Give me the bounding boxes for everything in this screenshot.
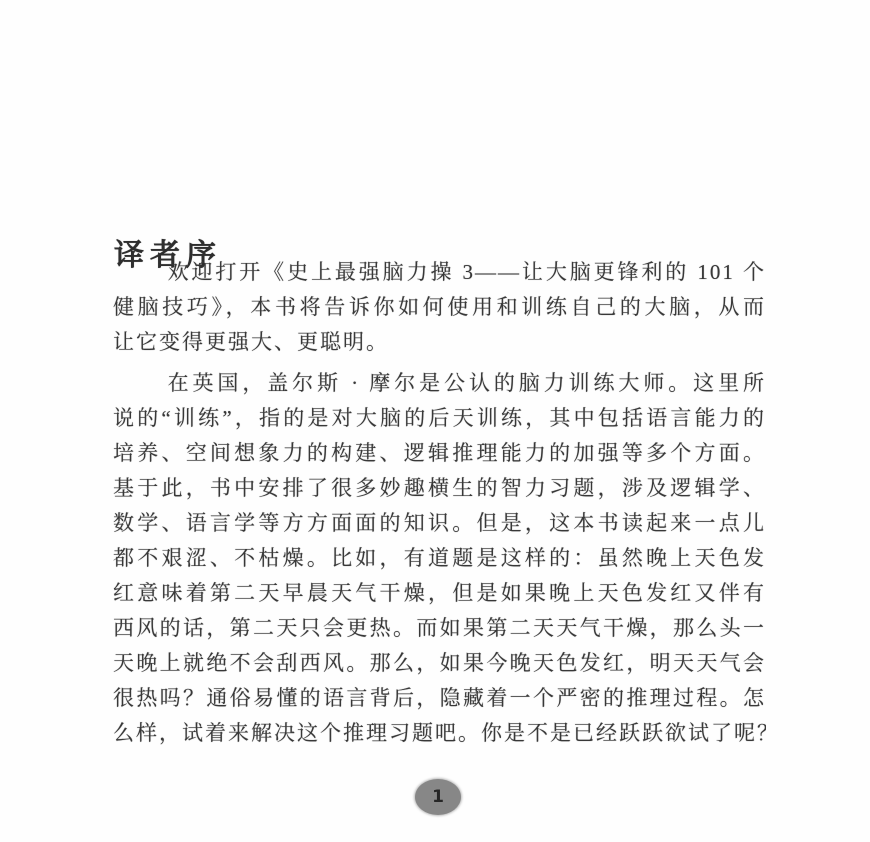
text-line: 培养、空间想象力的构建、逻辑推理能力的加强等多个方面。 [113, 436, 766, 471]
text-line: 说的“训练”，指的是对大脑的后天训练，其中包括语言能力的 [113, 401, 766, 436]
text-line: 都不艰涩、不枯燥。比如，有道题是这样的：虽然晚上天色发 [113, 541, 766, 576]
scanned-book-page: 译者序 欢迎打开《史上最强脑力操 3——让大脑更锋利的 101 个 健脑技巧》，… [0, 0, 870, 842]
text-line: 欢迎打开《史上最强脑力操 3——让大脑更锋利的 101 个 [113, 255, 766, 290]
text-line: 让它变得更强大、更聪明。 [113, 325, 766, 360]
text-line: 基于此，书中安排了很多妙趣横生的智力习题，涉及逻辑学、 [113, 471, 766, 506]
page-number-badge: 1 [415, 779, 461, 815]
text-line: 天晚上就绝不会刮西风。那么，如果今晚天色发红，明天天气会 [113, 646, 766, 681]
text-line: 红意味着第二天早晨天气干燥，但是如果晚上天色发红又伴有 [113, 576, 766, 611]
text-line: 西风的话，第二天只会更热。而如果第二天天气干燥，那么头一 [113, 611, 766, 646]
text-line: 很热吗？通俗易懂的语言背后，隐藏着一个严密的推理过程。怎 [113, 681, 766, 716]
text-line: 健脑技巧》，本书将告诉你如何使用和训练自己的大脑，从而 [113, 290, 766, 325]
text-line: 么样，试着来解决这个推理习题吧。你是不是已经跃跃欲试了呢？ [113, 716, 766, 751]
body-text: 欢迎打开《史上最强脑力操 3——让大脑更锋利的 101 个 健脑技巧》，本书将告… [113, 255, 766, 751]
paragraph: 在英国，盖尔斯 · 摩尔是公认的脑力训练大师。这里所 说的“训练”，指的是对大脑… [113, 366, 766, 751]
page-number: 1 [432, 787, 444, 807]
text-line: 数学、语言学等方方面面的知识。但是，这本书读起来一点儿 [113, 506, 766, 541]
text-line: 在英国，盖尔斯 · 摩尔是公认的脑力训练大师。这里所 [113, 366, 766, 401]
paragraph: 欢迎打开《史上最强脑力操 3——让大脑更锋利的 101 个 健脑技巧》，本书将告… [113, 255, 766, 360]
